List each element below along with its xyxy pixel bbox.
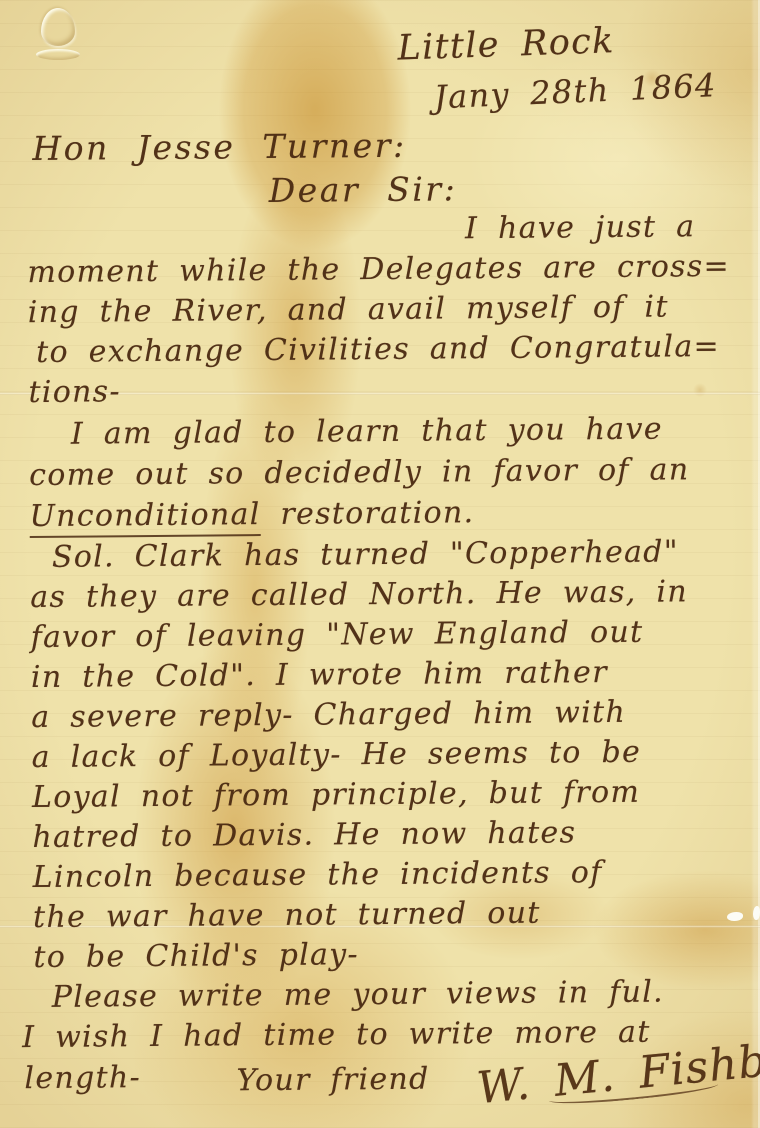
- letter-line: come out so decidedly in favor of an: [29, 452, 689, 493]
- date-line: Jany 28th 1864: [433, 66, 717, 116]
- letter-line: a severe reply- Charged him with: [31, 695, 626, 735]
- letter-line: a lack of Loyalty- He seems to be: [32, 735, 642, 775]
- letter-line: Lincoln because the incidents of: [33, 855, 603, 895]
- letter-line: I have just a: [465, 209, 696, 246]
- letter-line: Sol. Clark has turned "Copperhead": [52, 534, 679, 574]
- valediction: Your friend: [236, 1062, 429, 1099]
- letter-line: favor of leaving "New England out: [30, 615, 643, 655]
- underlined-word: Unconditional: [29, 497, 260, 538]
- letter-line: to exchange Civilities and Congratula=: [36, 329, 720, 370]
- letter-line: the war have not turned out: [33, 896, 541, 935]
- letter-line: I wish I had time to write more at: [22, 1015, 651, 1055]
- letter-line: moment while the Delegates are cross=: [27, 249, 730, 290]
- letter-line-rest: restoration.: [260, 495, 474, 532]
- letter-line: ing the River, and avail myself of it: [28, 289, 669, 330]
- letter-line: to be Child's play-: [33, 937, 359, 975]
- letter-line: Unconditional restoration.: [29, 495, 474, 534]
- letter-line: tions-: [28, 374, 121, 410]
- letter-line: I am glad to learn that you have: [71, 412, 663, 452]
- letter-line: as they are called North. He was, in: [30, 574, 688, 615]
- closing-line: length-: [24, 1060, 141, 1096]
- salutation-line: Dear Sir:: [269, 169, 458, 210]
- recipient-line: Hon Jesse Turner:: [32, 126, 407, 168]
- letter-line: in the Cold". I wrote him rather: [31, 655, 608, 695]
- letter-line: Loyal not from principle, but from: [32, 775, 640, 815]
- letter-line: hatred to Davis. He now hates: [32, 815, 576, 855]
- letter-body: Little Rock Jany 28th 1864 Hon Jesse Tur…: [0, 0, 760, 1128]
- letter-line: Please write me your views in ful.: [52, 975, 664, 1015]
- place-line: Little Rock: [397, 21, 615, 69]
